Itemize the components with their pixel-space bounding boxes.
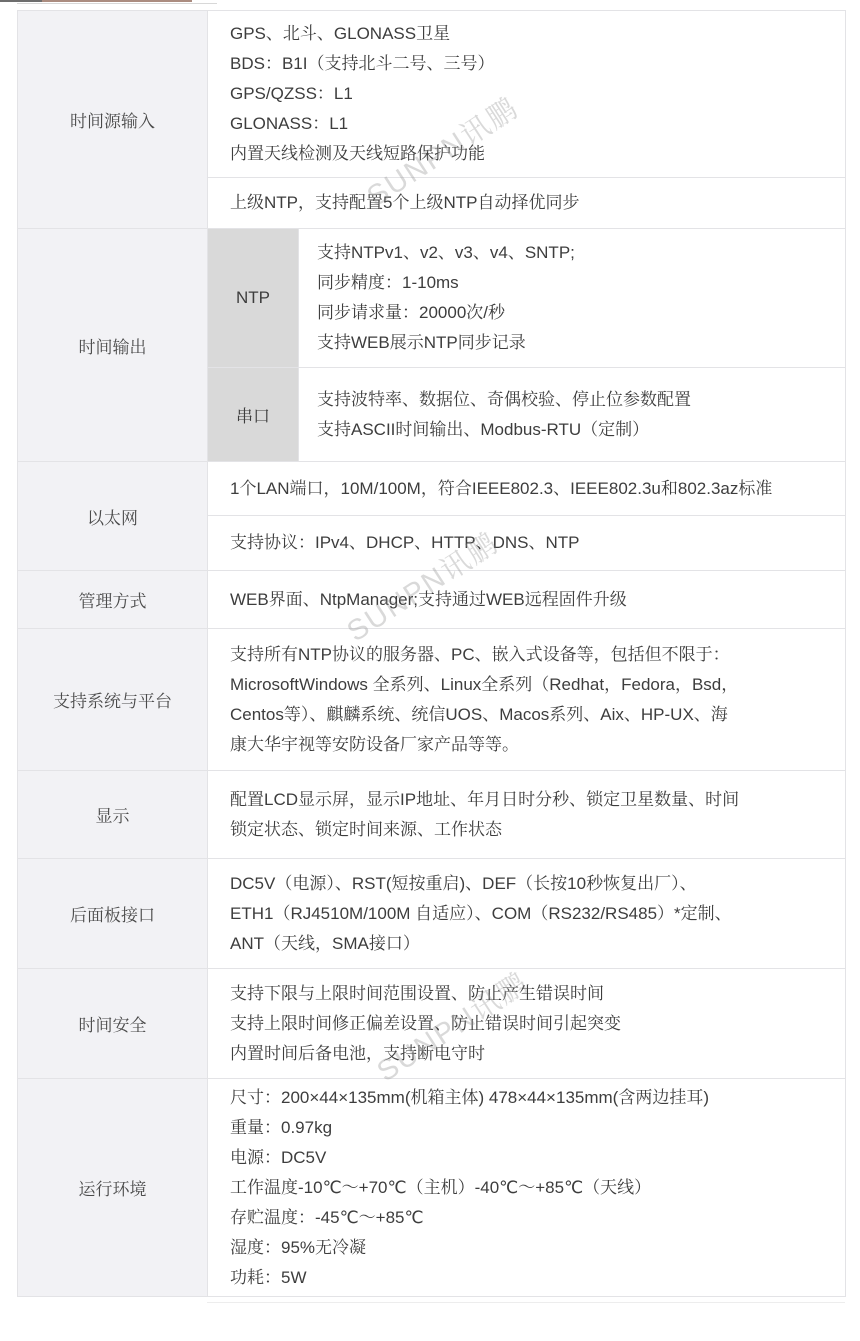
spec-table: 时间源输入 GPS、北斗、GLONASS卫星 BDS：B1I（支持北斗二号、三号… <box>17 10 846 1297</box>
row-label-ethernet: 以太网 <box>18 462 208 571</box>
cell-supported-systems: 支持所有NTP协议的服务器、PC、嵌入式设备等，包括但不限于： Microsof… <box>208 629 846 771</box>
spec-line: 存贮温度：-45℃～+85℃ <box>230 1203 837 1233</box>
cell-time-safety: 支持下限与上限时间范围设置、防止产生错误时间 支持上限时间修正偏差设置、防止错误… <box>208 969 846 1079</box>
spec-line: 支持波特率、数据位、奇偶校验、停止位参数配置 <box>317 385 837 415</box>
spec-line: 功耗：5W <box>230 1263 837 1293</box>
spec-line: 电源：DC5V <box>230 1143 837 1173</box>
spec-line: 湿度：95%无冷凝 <box>230 1233 837 1263</box>
top-crop-artifact-gray <box>17 3 217 4</box>
spec-line: 内置天线检测及天线短路保护功能 <box>230 139 837 169</box>
spec-line: GPS、北斗、GLONASS卫星 <box>230 19 837 49</box>
row-label-operating-environment: 运行环境 <box>18 1079 208 1297</box>
spec-line: 支持下限与上限时间范围设置、防止产生错误时间 <box>230 979 837 1009</box>
top-crop-artifact-red <box>42 0 192 2</box>
spec-line: 康大华宇视等安防设备厂家产品等等。 <box>230 730 837 760</box>
spec-line: GLONASS：L1 <box>230 109 837 139</box>
spec-line: MicrosoftWindows 全系列、Linux全系列（Redhat，Fed… <box>230 670 837 700</box>
row-label-supported-systems: 支持系统与平台 <box>18 629 208 771</box>
table-bottom-faint-line <box>207 1302 845 1303</box>
cell-ntp-output: 支持NTPv1、v2、v3、v4、SNTP; 同步精度：1-10ms 同步请求量… <box>299 229 846 368</box>
spec-line: ANT（天线，SMA接口） <box>230 929 837 959</box>
spec-line: ETH1（RJ4510M/100M 自适应）、COM（RS232/RS485）*… <box>230 899 837 929</box>
spec-line: 尺寸：200×44×135mm(机箱主体) 478×44×135mm(含两边挂耳… <box>230 1083 837 1113</box>
row-label-time-safety: 时间安全 <box>18 969 208 1079</box>
top-crop-artifact-dark <box>0 0 42 2</box>
cell-time-source-upstream-ntp: 上级NTP，支持配置5个上级NTP自动择优同步 <box>208 178 846 229</box>
spec-line: 工作温度-10℃～+70℃（主机）-40℃～+85℃（天线） <box>230 1173 837 1203</box>
sublabel-serial-port: 串口 <box>208 368 299 462</box>
row-label-display: 显示 <box>18 771 208 859</box>
cell-time-source-satellites: GPS、北斗、GLONASS卫星 BDS：B1I（支持北斗二号、三号） GPS/… <box>208 11 846 178</box>
cell-display: 配置LCD显示屏，显示IP地址、年月日时分秒、锁定卫星数量、时间 锁定状态、锁定… <box>208 771 846 859</box>
spec-line: 配置LCD显示屏，显示IP地址、年月日时分秒、锁定卫星数量、时间 <box>230 785 837 815</box>
spec-line: 支持上限时间修正偏差设置、防止错误时间引起突变 <box>230 1009 837 1039</box>
cell-operating-environment: 尺寸：200×44×135mm(机箱主体) 478×44×135mm(含两边挂耳… <box>208 1079 846 1297</box>
row-label-time-source-input: 时间源输入 <box>18 11 208 229</box>
spec-line: 同步请求量：20000次/秒 <box>317 298 837 328</box>
spec-page: SUNPN讯鹏 SUNPN讯鹏 SUNPN讯鹏 时间源输入 GPS、北斗、GLO… <box>0 0 860 1341</box>
spec-line: 重量：0.97kg <box>230 1113 837 1143</box>
spec-line: 支持协议：IPv4、DHCP、HTTP、DNS、NTP <box>230 528 837 558</box>
spec-line: 支持ASCII时间输出、Modbus-RTU（定制） <box>317 415 837 445</box>
row-label-rear-panel: 后面板接口 <box>18 859 208 969</box>
spec-line: GPS/QZSS：L1 <box>230 79 837 109</box>
sublabel-ntp: NTP <box>208 229 299 368</box>
spec-line: 1个LAN端口，10M/100M，符合IEEE802.3、IEEE802.3u和… <box>230 474 837 504</box>
spec-line: 内置时间后备电池，支持断电守时 <box>230 1039 837 1069</box>
cell-serial-output: 支持波特率、数据位、奇偶校验、停止位参数配置 支持ASCII时间输出、Modbu… <box>299 368 846 462</box>
spec-line: 支持NTPv1、v2、v3、v4、SNTP; <box>317 238 837 268</box>
row-label-management: 管理方式 <box>18 571 208 629</box>
cell-rear-panel: DC5V（电源）、RST(短按重启)、DEF（长按10秒恢复出厂）、 ETH1（… <box>208 859 846 969</box>
spec-line: 支持WEB展示NTP同步记录 <box>317 328 837 358</box>
spec-line: WEB界面、NtpManager;支持通过WEB远程固件升级 <box>230 585 837 615</box>
spec-line: DC5V（电源）、RST(短按重启)、DEF（长按10秒恢复出厂）、 <box>230 869 837 899</box>
spec-line: Centos等）、麒麟系统、统信UOS、Macos系列、Aix、HP-UX、海 <box>230 700 837 730</box>
spec-line: 锁定状态、锁定时间来源、工作状态 <box>230 815 837 845</box>
spec-line: 同步精度：1-10ms <box>317 268 837 298</box>
spec-line: 上级NTP，支持配置5个上级NTP自动择优同步 <box>230 188 837 218</box>
cell-management: WEB界面、NtpManager;支持通过WEB远程固件升级 <box>208 571 846 629</box>
spec-line: BDS：B1I（支持北斗二号、三号） <box>230 49 837 79</box>
cell-ethernet-port: 1个LAN端口，10M/100M，符合IEEE802.3、IEEE802.3u和… <box>208 462 846 516</box>
spec-line: 支持所有NTP协议的服务器、PC、嵌入式设备等，包括但不限于： <box>230 640 837 670</box>
row-label-time-output: 时间输出 <box>18 229 208 462</box>
cell-ethernet-protocols: 支持协议：IPv4、DHCP、HTTP、DNS、NTP <box>208 516 846 571</box>
